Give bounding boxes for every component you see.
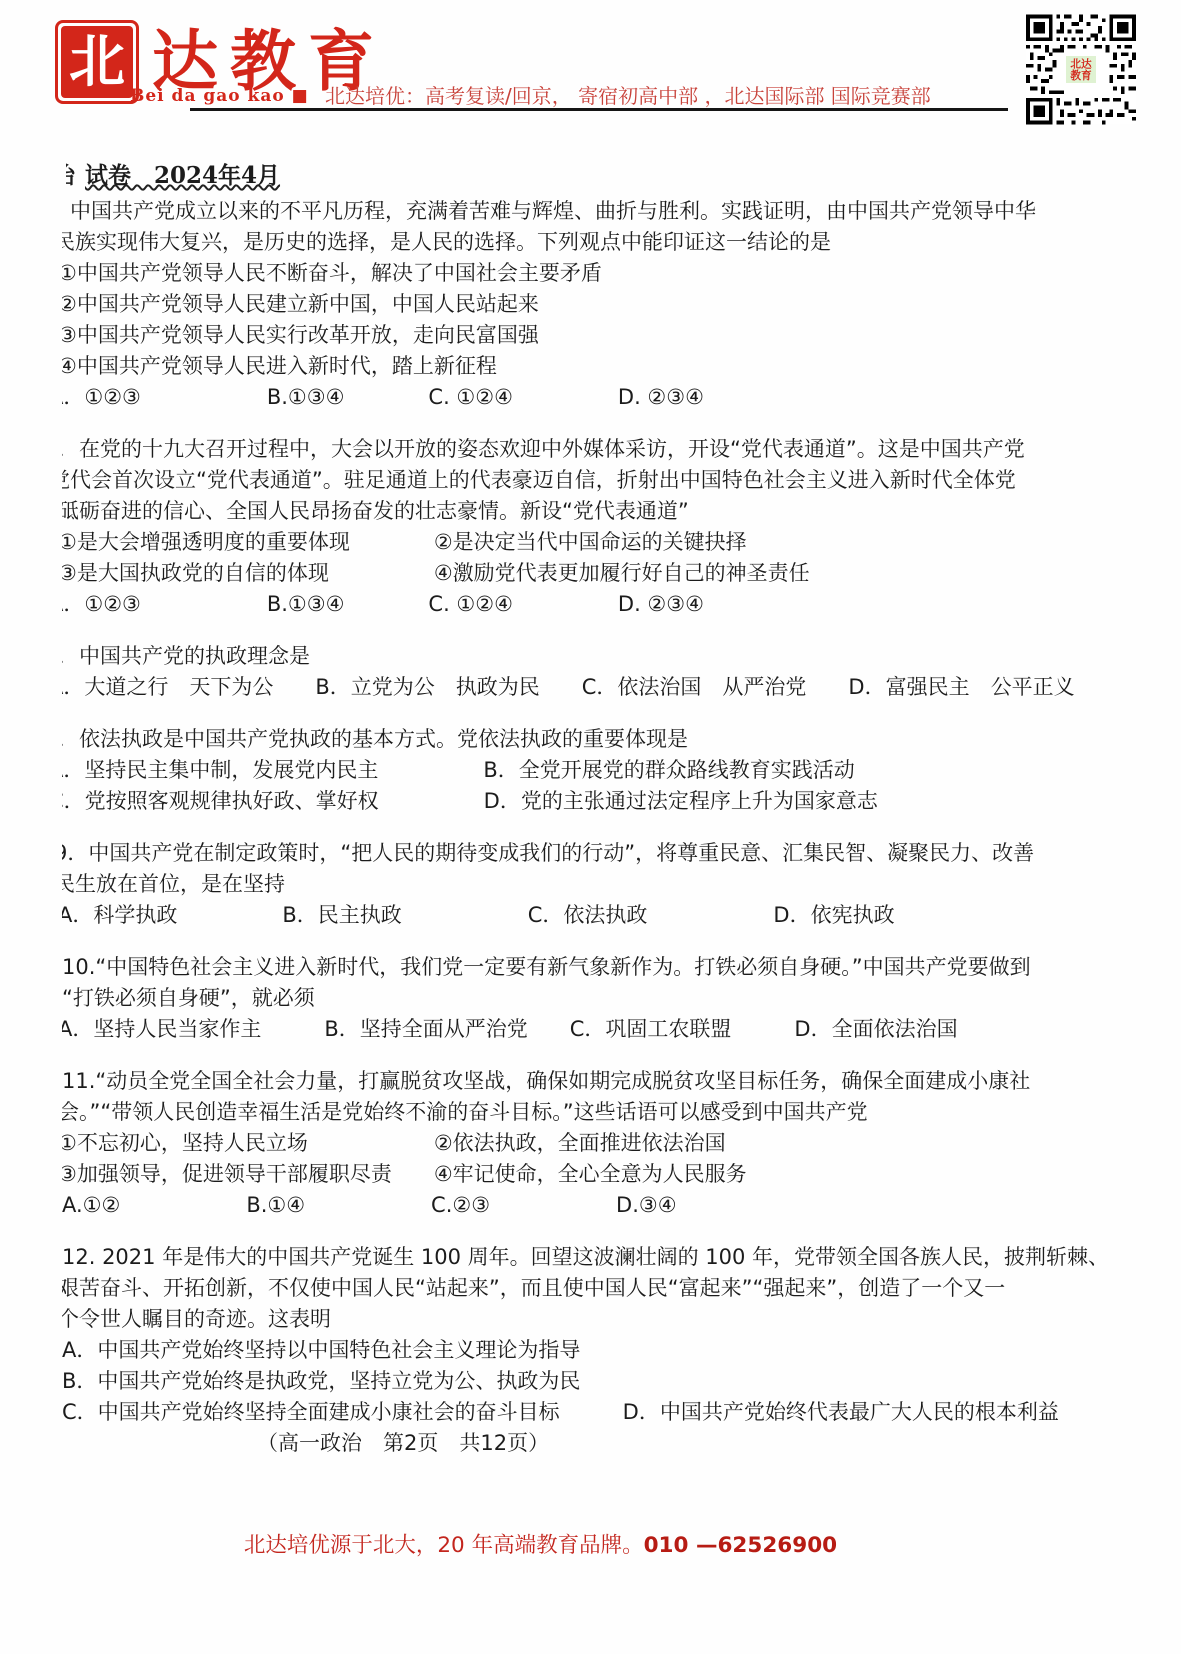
question-option-line: B．中国共产党始终是执政党，坚持立党为公、执政为民 <box>62 1366 1167 1397</box>
answer-options-line: A．坚持民主集中制，发展党内民主 B．全党开展党的群众路线教育实践活动 <box>62 755 1167 786</box>
answer-options-line: C．党按照客观规律执好政、掌好权 D．党的主张通过法定程序上升为国家意志 <box>62 786 1167 817</box>
answer-options-line: A．①②③ B.①③④ C. ①②④ D. ②③④ <box>62 589 1167 620</box>
question-line: 9．中国共产党在制定政策时，“把人民的期待变成我们的行动”，将尊重民意、汇集民智… <box>62 838 1167 869</box>
question-line: 个令世人瞩目的奇迹。这表明 <box>62 1304 1167 1335</box>
question-line: 民族实现伟大复兴，是历史的选择，是人民的选择。下列观点中能印证这一结论的是 <box>62 227 1167 258</box>
question-line: “打铁必须自身硬”，就必须 <box>62 983 1167 1014</box>
question-option-line: ②中国共产党领导人民建立新中国，中国人民站起来 <box>62 289 1167 320</box>
question-option-line: ①不忘初心，坚持人民立场 ②依法执政，全面推进依法治国 <box>62 1128 1167 1159</box>
question-line: 10.“中国特色社会主义进入新时代，我们党一定要有新气象新作为。打铁必须自身硬。… <box>62 952 1167 983</box>
seal-character: 北 <box>69 34 125 90</box>
page-header: 北 达教育 Bei da gao kao ■ 北达培优：高考复读/回京， 寄宿初… <box>0 0 1181 150</box>
answer-options-line: A．坚持人民当家作主 B．坚持全面从严治党 C．巩固工农联盟 D．全面依法治国 <box>62 1014 1167 1045</box>
question-option-line: ③中国共产党领导人民实行改革开放，走向民富国强 <box>62 320 1167 351</box>
header-divider <box>190 108 1008 111</box>
exam-title: 治试卷 2024年4月 <box>66 156 1171 196</box>
brand-footer-text: 北达培优源于北大，20 年高端教育品牌。 <box>244 1533 644 1558</box>
question-option-line: ③是大国执政党的自信的体现 ④激励党代表更加履行好自己的神圣责任 <box>62 558 1167 589</box>
question-line: 会。”“带领人民创造幸福生活是党始终不渝的奋斗目标。”这些话语可以感受到中国共产… <box>62 1097 1167 1128</box>
question-option-line: ④中国共产党领导人民进入新时代，踏上新征程 <box>62 351 1167 382</box>
question-line: ．依法执政是中国共产党执政的基本方式。党依法执政的重要体现是 <box>62 724 1167 755</box>
answer-options-line: A．①②③ B.①③④ C. ①②④ D. ②③④ <box>62 382 1167 413</box>
question-line: ．中国共产党的执政理念是 <box>62 641 1167 672</box>
header-tagline: 北达培优：高考复读/回京， 寄宿初高中部 ，北达国际部 国际竞赛部 <box>325 80 931 109</box>
question-option-line: ①中国共产党领导人民不断奋斗，解决了中国社会主要矛盾 <box>62 258 1167 289</box>
question-option-line: ③加强领导，促进领导干部履职尽责 ④牢记使命，全心全意为人民服务 <box>62 1159 1167 1190</box>
brand-subtitle: Bei da gao kao ■ <box>130 86 309 106</box>
answer-options-line: A．大道之行 天下为公 B．立党为公 执政为民 C．依法治国 从严治党 D．富强… <box>62 672 1167 703</box>
brand-seal-logo: 北 <box>55 20 139 104</box>
question-line: ．中国共产党成立以来的不平凡历程，充满着苦难与辉煌、曲折与胜利。实践证明，由中国… <box>62 196 1167 227</box>
exam-body: 治试卷 2024年4月 ．中国共产党成立以来的不平凡历程，充满着苦难与辉煌、曲折… <box>0 156 1181 1459</box>
brand-footer-phone: 010 —62526900 <box>644 1533 838 1558</box>
question-option-line: C．中国共产党始终坚持全面建成小康社会的奋斗目标 D．中国共产党始终代表最广大人… <box>62 1397 1167 1428</box>
question-line: 艰苦奋斗、开拓创新，不仅使中国人民“站起来”，而且使中国人民“富起来”“强起来”… <box>62 1273 1167 1304</box>
question-option-line: A．中国共产党始终坚持以中国特色社会主义理论为指导 <box>62 1335 1167 1366</box>
answer-options-line: A．科学执政 B．民主执政 C．依法执政 D．依宪执政 <box>62 900 1167 931</box>
page-footer-note: （高一政治 第2页 共12页） <box>62 1428 1181 1459</box>
brand-footer: 北达培优源于北大，20 年高端教育品牌。010 —62526900 <box>0 1528 1181 1559</box>
answer-options-line: A.①② B.①④ C.②③ D.③④ <box>62 1190 1167 1221</box>
question-line: 12. 2021 年是伟大的中国共产党诞生 100 周年。回望这波澜壮阔的 10… <box>62 1242 1167 1273</box>
question-line: ．在党的十九大召开过程中，大会以开放的姿态欢迎中外媒体采访，开设“党代表通道”。… <box>62 434 1167 465</box>
qr-center-label-line2: 教育 <box>1069 69 1092 82</box>
question-line: 11.“动员全党全国全社会力量，打赢脱贫攻坚战，确保如期完成脱贫攻坚目标任务，确… <box>62 1066 1167 1097</box>
exam-title-partial-char: 治 <box>66 156 75 196</box>
qr-code-icon: 北达 教育 <box>1026 13 1136 126</box>
question-option-line: ①是大会增强透明度的重要体现 ②是决定当代中国命运的关键抉择 <box>62 527 1167 558</box>
scanned-exam-page: 北 达教育 Bei da gao kao ■ 北达培优：高考复读/回京， 寄宿初… <box>0 0 1181 1654</box>
brand-seal-background: 北 <box>61 26 133 98</box>
question-line: 党代会首次设立“党代表通道”。驻足通道上的代表豪迈自信，折射出中国特色社会主义进… <box>62 465 1167 496</box>
exam-title-text: 试卷 2024年4月 <box>85 162 280 189</box>
question-line: 民生放在首位，是在坚持 <box>62 869 1167 900</box>
question-line: 砥砺奋进的信心、全国人民昂扬奋发的壮志豪情。新设“党代表通道” <box>62 496 1167 527</box>
